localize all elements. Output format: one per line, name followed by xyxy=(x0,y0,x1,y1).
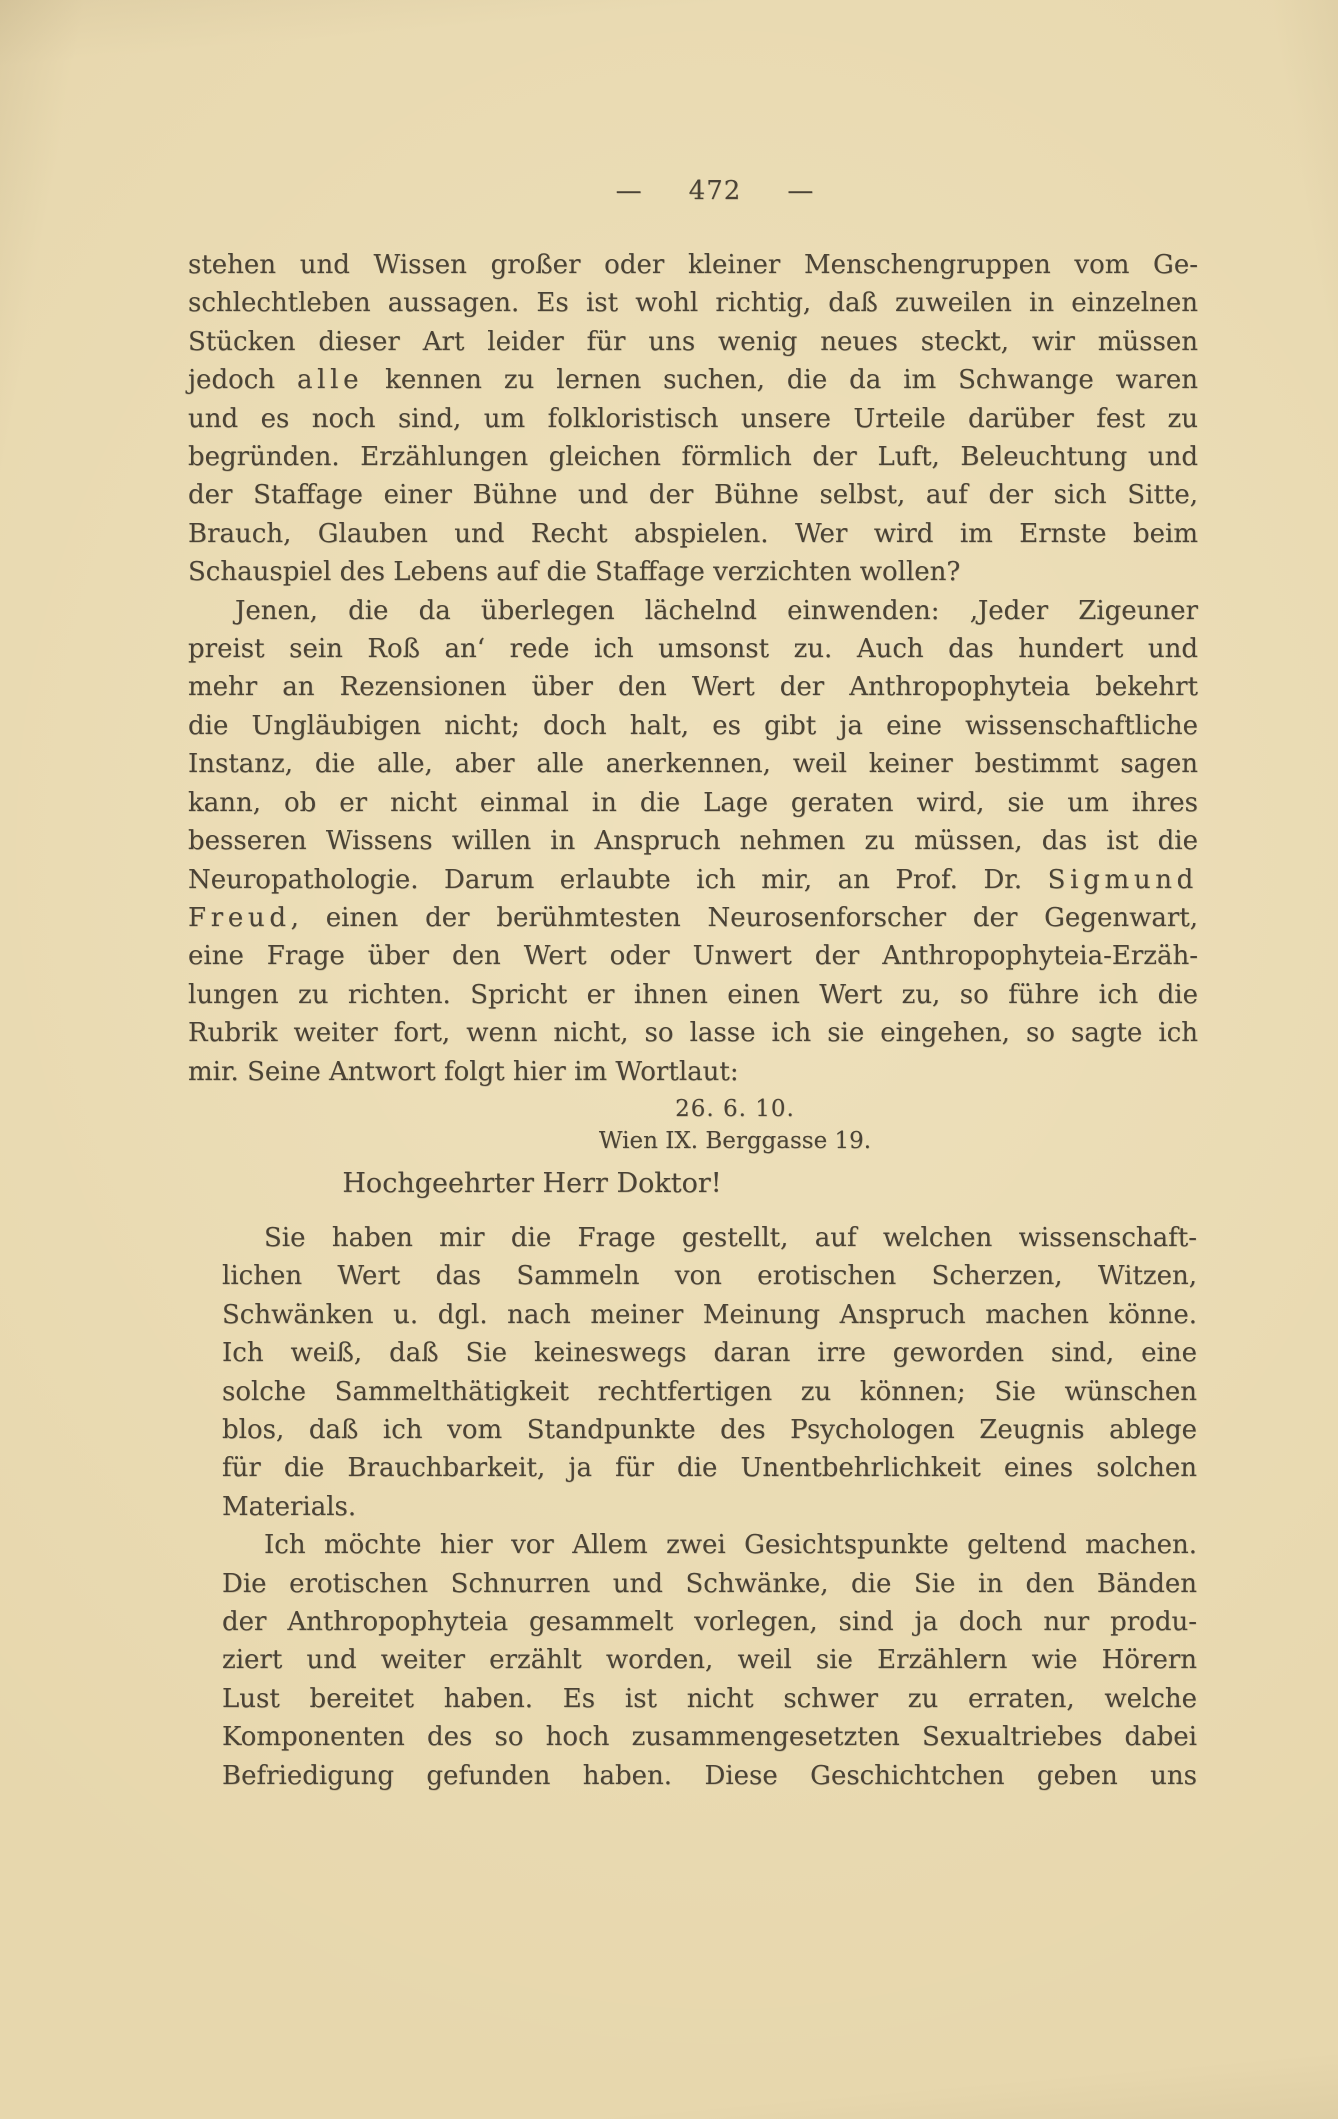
text-segment: Lust bereitet haben. Es ist nicht schwer… xyxy=(222,1684,1197,1714)
text-segment: Schauspiel des Lebens auf die Staffage v… xyxy=(188,557,960,587)
text-line: Die erotischen Schnurren und Schwänke, d… xyxy=(222,1565,1197,1603)
text-line: ziert und weiter erzählt worden, weil si… xyxy=(222,1641,1197,1679)
letter-address: Wien IX. Berggasse 19. xyxy=(230,1128,1240,1154)
text-line: lichen Wert das Sammeln von erotischen S… xyxy=(222,1257,1197,1295)
text-segment: Materials. xyxy=(222,1492,356,1522)
text-line: Schwänken u. dgl. nach meiner Meinung An… xyxy=(222,1296,1197,1334)
text-line: lungen zu richten. Spricht er ihnen eine… xyxy=(188,976,1198,1014)
letter-body: Sie haben mir die Frage gestellt, auf we… xyxy=(222,1219,1197,1795)
text-segment: kennen zu lernen suchen, die da im Schwa… xyxy=(363,365,1198,395)
text-segment: Instanz, die alle, aber alle anerkennen,… xyxy=(188,749,1198,779)
text-line: der Anthropophyteia gesammelt vorlegen, … xyxy=(222,1603,1197,1641)
text-line: jedoch alle kennen zu lernen suchen, die… xyxy=(188,361,1198,399)
text-segment: mir. Seine Antwort folgt hier im Wortlau… xyxy=(188,1057,739,1087)
text-line: stehen und Wissen großer oder kleiner Me… xyxy=(188,246,1198,284)
text-segment: Schwänken u. dgl. nach meiner Meinung An… xyxy=(222,1300,1197,1330)
page-number: 472 xyxy=(689,176,742,206)
emphasized-word: Sigmund xyxy=(1048,865,1198,895)
text-segment: Ich möchte hier vor Allem zwei Gesichtsp… xyxy=(264,1530,1197,1560)
text-segment: begründen. Erzählungen gleichen förmlich… xyxy=(188,442,1198,472)
header-dash-left: — xyxy=(616,176,643,206)
letter-date: 26. 6. 10. xyxy=(230,1096,1240,1122)
text-segment: Stücken dieser Art leider für uns wenig … xyxy=(188,327,1198,357)
text-line: eine Frage über den Wert oder Unwert der… xyxy=(188,937,1198,975)
text-line: und es noch sind, um folkloristisch unse… xyxy=(188,400,1198,438)
text-line: besseren Wissens willen in Anspruch nehm… xyxy=(188,822,1198,860)
text-line: Stücken dieser Art leider für uns wenig … xyxy=(188,323,1198,361)
text-segment: besseren Wissens willen in Anspruch nehm… xyxy=(188,826,1198,856)
emphasized-word: Freud xyxy=(188,903,291,933)
text-segment: kann, ob er nicht einmal in die Lage ger… xyxy=(188,788,1198,818)
text-line: Ich weiß, daß Sie keineswegs daran irre … xyxy=(222,1334,1197,1372)
text-line: Materials. xyxy=(222,1488,1197,1526)
text-segment: eine Frage über den Wert oder Unwert der… xyxy=(188,941,1198,971)
text-line: kann, ob er nicht einmal in die Lage ger… xyxy=(188,784,1198,822)
text-segment: der Staffage einer Bühne und der Bühne s… xyxy=(188,480,1198,510)
book-page: — 472 — stehen und Wissen großer oder kl… xyxy=(0,0,1338,2119)
text-segment: Befriedigung gefunden haben. Diese Gesch… xyxy=(222,1761,1197,1791)
text-segment: preist sein Roß an‘ rede ich umsonst zu.… xyxy=(188,634,1198,664)
text-line: mehr an Rezensionen über den Wert der An… xyxy=(188,668,1198,706)
text-segment: solche Sammelthätigkeit rechtfertigen zu… xyxy=(222,1377,1197,1407)
text-line: der Staffage einer Bühne und der Bühne s… xyxy=(188,476,1198,514)
text-line: für die Brauchbarkeit, ja für die Unentb… xyxy=(222,1449,1197,1487)
text-line: Sie haben mir die Frage gestellt, auf we… xyxy=(222,1219,1197,1257)
text-line: begründen. Erzählungen gleichen förmlich… xyxy=(188,438,1198,476)
page-header: — 472 — xyxy=(210,176,1220,206)
text-line: Neuropathologie. Darum erlaubte ich mir,… xyxy=(188,861,1198,899)
text-line: Komponenten des so hoch zusammengesetzte… xyxy=(222,1718,1197,1756)
text-segment: Komponenten des so hoch zusammengesetzte… xyxy=(222,1722,1197,1752)
text-segment: Neuropathologie. Darum erlaubte ich mir,… xyxy=(188,865,1048,895)
text-segment: und es noch sind, um folkloristisch unse… xyxy=(188,404,1198,434)
text-line: mir. Seine Antwort folgt hier im Wortlau… xyxy=(188,1053,1198,1091)
text-segment: lichen Wert das Sammeln von erotischen S… xyxy=(222,1261,1197,1291)
emphasized-word: alle xyxy=(297,365,363,395)
text-segment: Brauch, Glauben und Recht abspielen. Wer… xyxy=(188,519,1198,549)
text-segment: die Ungläubigen nicht; doch halt, es gib… xyxy=(188,711,1198,741)
main-text: stehen und Wissen großer oder kleiner Me… xyxy=(188,246,1198,1091)
text-line: Rubrik weiter fort, wenn nicht, so lasse… xyxy=(188,1014,1198,1052)
text-line: die Ungläubigen nicht; doch halt, es gib… xyxy=(188,707,1198,745)
header-dash-right: — xyxy=(787,176,814,206)
letter-salutation: Hochgeehrter Herr Doktor! xyxy=(222,1168,842,1199)
text-segment: Jenen, die da überlegen lächelnd einwend… xyxy=(235,596,1198,626)
text-line: solche Sammelthätigkeit rechtfertigen zu… xyxy=(222,1373,1197,1411)
text-line: preist sein Roß an‘ rede ich umsonst zu.… xyxy=(188,630,1198,668)
text-line: Ich möchte hier vor Allem zwei Gesichtsp… xyxy=(222,1526,1197,1564)
text-segment: für die Brauchbarkeit, ja für die Unentb… xyxy=(222,1453,1197,1483)
text-segment: blos, daß ich vom Standpunkte des Psycho… xyxy=(222,1415,1197,1445)
text-line: Lust bereitet haben. Es ist nicht schwer… xyxy=(222,1680,1197,1718)
text-segment: lungen zu richten. Spricht er ihnen eine… xyxy=(188,980,1198,1010)
text-line: Befriedigung gefunden haben. Diese Gesch… xyxy=(222,1757,1197,1795)
text-segment: jedoch xyxy=(188,365,297,395)
text-segment: stehen und Wissen großer oder kleiner Me… xyxy=(188,250,1198,280)
text-segment: Sie haben mir die Frage gestellt, auf we… xyxy=(264,1223,1197,1253)
text-line: Jenen, die da überlegen lächelnd einwend… xyxy=(188,592,1198,630)
text-line: schlechtleben aussagen. Es ist wohl rich… xyxy=(188,284,1198,322)
text-line: Freud, einen der berühmtesten Neurosenfo… xyxy=(188,899,1198,937)
text-segment: , einen der berühmtesten Neurosenforsche… xyxy=(291,903,1198,933)
text-line: Brauch, Glauben und Recht abspielen. Wer… xyxy=(188,515,1198,553)
text-segment: Die erotischen Schnurren und Schwänke, d… xyxy=(222,1569,1197,1599)
text-line: blos, daß ich vom Standpunkte des Psycho… xyxy=(222,1411,1197,1449)
text-segment: Rubrik weiter fort, wenn nicht, so lasse… xyxy=(188,1018,1198,1048)
text-segment: Ich weiß, daß Sie keineswegs daran irre … xyxy=(222,1338,1197,1368)
text-segment: der Anthropophyteia gesammelt vorlegen, … xyxy=(222,1607,1197,1637)
text-line: Instanz, die alle, aber alle anerkennen,… xyxy=(188,745,1198,783)
text-segment: mehr an Rezensionen über den Wert der An… xyxy=(188,672,1198,702)
text-line: Schauspiel des Lebens auf die Staffage v… xyxy=(188,553,1198,591)
text-segment: schlechtleben aussagen. Es ist wohl rich… xyxy=(188,288,1198,318)
text-segment: ziert und weiter erzählt worden, weil si… xyxy=(222,1645,1197,1675)
